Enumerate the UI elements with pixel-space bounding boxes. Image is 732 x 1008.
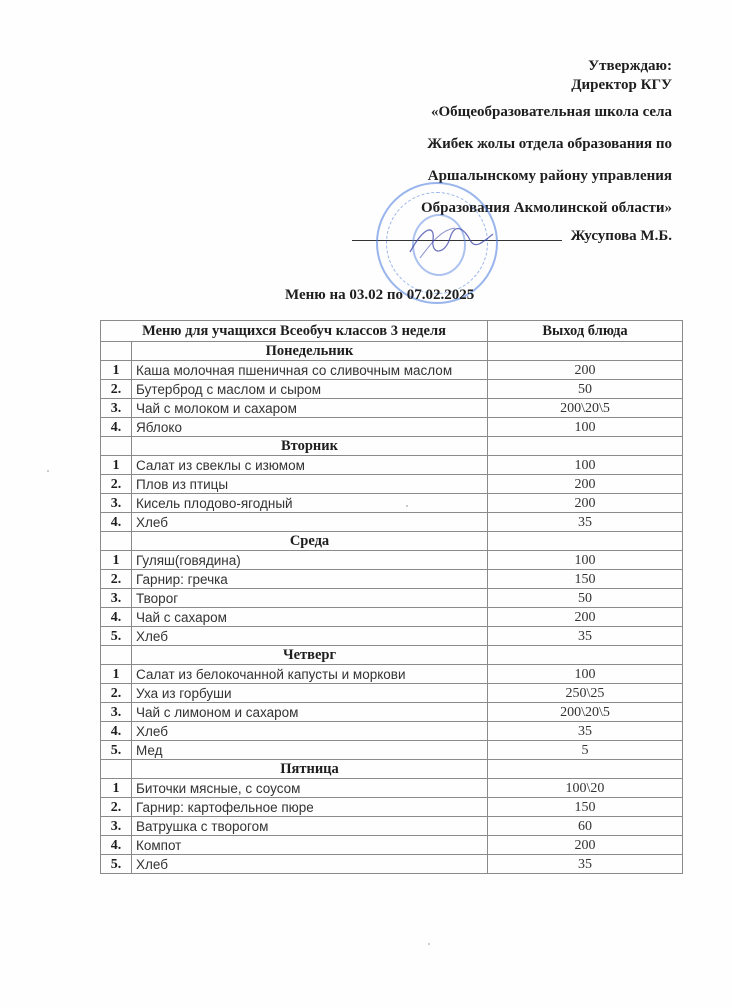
portion-value: 50 — [488, 380, 683, 399]
dish-name: Бутерброд с маслом и сыром — [132, 380, 488, 399]
approval-heading: Утверждаю: — [421, 58, 672, 75]
day-num-cell — [101, 342, 132, 361]
table-row: 5.Хлеб35 — [101, 855, 683, 874]
approval-org-line-2: Жибек жолы отдела образования по — [421, 136, 672, 153]
menu-title: Меню на 03.02 по 07.02.2025 — [285, 287, 474, 304]
table-row: 4.Хлеб35 — [101, 722, 683, 741]
portion-value: 100 — [488, 665, 683, 684]
dish-name: Творог — [132, 589, 488, 608]
dish-name: Гуляш(говядина) — [132, 551, 488, 570]
approval-block: Утверждаю: Директор КГУ «Общеобразовател… — [421, 58, 672, 245]
portion-value: 150 — [488, 798, 683, 817]
day-num-cell — [101, 532, 132, 551]
table-header-row: Меню для учащихся Всеобуч классов 3 неде… — [101, 321, 683, 342]
day-num-cell — [101, 646, 132, 665]
approval-org-line-1: «Общеобразовательная школа села — [421, 104, 672, 121]
table-row: 2.Гарнир: гречка150 — [101, 570, 683, 589]
table-row: 1Салат из свеклы с изюмом100 — [101, 456, 683, 475]
portion-value: 50 — [488, 589, 683, 608]
portion-value: 200 — [488, 361, 683, 380]
item-number: 2. — [101, 380, 132, 399]
item-number: 1 — [101, 361, 132, 380]
header-output: Выход блюда — [488, 321, 683, 342]
portion-value: 60 — [488, 817, 683, 836]
table-row: 4.Яблоко100 — [101, 418, 683, 437]
dish-name: Каша молочная пшеничная со сливочным мас… — [132, 361, 488, 380]
portion-value: 100 — [488, 418, 683, 437]
portion-value: 200\20\5 — [488, 703, 683, 722]
day-output-cell — [488, 760, 683, 779]
portion-value: 200 — [488, 475, 683, 494]
day-output-cell — [488, 532, 683, 551]
day-num-cell — [101, 760, 132, 779]
item-number: 5. — [101, 855, 132, 874]
portion-value: 100 — [488, 551, 683, 570]
portion-value: 250\25 — [488, 684, 683, 703]
table-row: 1Биточки мясные, с соусом100\20 — [101, 779, 683, 798]
portion-value: 200 — [488, 494, 683, 513]
table-row: 4.Чай с сахаром200 — [101, 608, 683, 627]
table-row: 3.Чай с лимоном и сахаром200\20\5 — [101, 703, 683, 722]
table-row: 3.Ватрушка с творогом60 — [101, 817, 683, 836]
day-num-cell — [101, 437, 132, 456]
item-number: 3. — [101, 817, 132, 836]
portion-value: 35 — [488, 855, 683, 874]
item-number: 5. — [101, 741, 132, 760]
portion-value: 100 — [488, 456, 683, 475]
day-header-row: Среда — [101, 532, 683, 551]
day-header-row: Понедельник — [101, 342, 683, 361]
item-number: 1 — [101, 779, 132, 798]
item-number: 2. — [101, 684, 132, 703]
item-number: 1 — [101, 456, 132, 475]
dish-name: Гарнир: гречка — [132, 570, 488, 589]
table-row: 3.Кисель плодово-ягодный200 — [101, 494, 683, 513]
table-row: 4.Компот200 — [101, 836, 683, 855]
day-name: Четверг — [132, 646, 488, 665]
dish-name: Компот — [132, 836, 488, 855]
item-number: 4. — [101, 418, 132, 437]
day-output-cell — [488, 646, 683, 665]
dish-name: Чай с молоком и сахаром — [132, 399, 488, 418]
day-name: Среда — [132, 532, 488, 551]
dish-name: Кисель плодово-ягодный — [132, 494, 488, 513]
portion-value: 35 — [488, 627, 683, 646]
table-row: 4.Хлеб35 — [101, 513, 683, 532]
approval-position: Директор КГУ — [421, 77, 672, 94]
table-row: 2.Уха из горбуши250\25 — [101, 684, 683, 703]
table-row: 5.Мед5 — [101, 741, 683, 760]
item-number: 4. — [101, 722, 132, 741]
day-name: Пятница — [132, 760, 488, 779]
dish-name: Хлеб — [132, 722, 488, 741]
table-row: 2.Гарнир: картофельное пюре150 — [101, 798, 683, 817]
dish-name: Салат из свеклы с изюмом — [132, 456, 488, 475]
item-number: 3. — [101, 589, 132, 608]
item-number: 5. — [101, 627, 132, 646]
day-name: Вторник — [132, 437, 488, 456]
item-number: 1 — [101, 551, 132, 570]
item-number: 2. — [101, 570, 132, 589]
day-name: Понедельник — [132, 342, 488, 361]
dish-name: Биточки мясные, с соусом — [132, 779, 488, 798]
day-output-cell — [488, 342, 683, 361]
day-output-cell — [488, 437, 683, 456]
item-number: 2. — [101, 798, 132, 817]
portion-value: 5 — [488, 741, 683, 760]
table-row: 2.Плов из птицы200 — [101, 475, 683, 494]
item-number: 1 — [101, 665, 132, 684]
portion-value: 35 — [488, 513, 683, 532]
dish-name: Плов из птицы — [132, 475, 488, 494]
dish-name: Хлеб — [132, 627, 488, 646]
item-number: 4. — [101, 513, 132, 532]
table-row: 3.Чай с молоком и сахаром200\20\5 — [101, 399, 683, 418]
header-menu: Меню для учащихся Всеобуч классов 3 неде… — [101, 321, 488, 342]
dish-name: Мед — [132, 741, 488, 760]
approval-org-line-3: Аршалынскому району управления — [421, 168, 672, 185]
dish-name: Гарнир: картофельное пюре — [132, 798, 488, 817]
approval-org-line-4: Образования Акмолинской области» — [421, 200, 672, 217]
dish-name: Салат из белокочанной капусты и моркови — [132, 665, 488, 684]
portion-value: 100\20 — [488, 779, 683, 798]
signature-line — [352, 240, 562, 241]
table-row: 1Гуляш(говядина)100 — [101, 551, 683, 570]
menu-table: Меню для учащихся Всеобуч классов 3 неде… — [100, 320, 683, 874]
item-number: 2. — [101, 475, 132, 494]
day-header-row: Пятница — [101, 760, 683, 779]
item-number: 3. — [101, 494, 132, 513]
scan-speck — [428, 943, 430, 945]
dish-name: Чай с сахаром — [132, 608, 488, 627]
menu-table-body: Понедельник1Каша молочная пшеничная со с… — [101, 342, 683, 874]
scan-speck — [406, 505, 408, 507]
portion-value: 200 — [488, 608, 683, 627]
signature-row: Жусупова М.Б. — [421, 228, 672, 245]
dish-name: Уха из горбуши — [132, 684, 488, 703]
table-row: 2.Бутерброд с маслом и сыром50 — [101, 380, 683, 399]
portion-value: 150 — [488, 570, 683, 589]
item-number: 4. — [101, 608, 132, 627]
dish-name: Хлеб — [132, 855, 488, 874]
item-number: 4. — [101, 836, 132, 855]
scan-speck — [47, 470, 49, 472]
table-row: 1Салат из белокочанной капусты и моркови… — [101, 665, 683, 684]
dish-name: Хлеб — [132, 513, 488, 532]
portion-value: 35 — [488, 722, 683, 741]
table-row: 3.Творог50 — [101, 589, 683, 608]
table-row: 5.Хлеб35 — [101, 627, 683, 646]
portion-value: 200 — [488, 836, 683, 855]
day-header-row: Вторник — [101, 437, 683, 456]
portion-value: 200\20\5 — [488, 399, 683, 418]
dish-name: Ватрушка с творогом — [132, 817, 488, 836]
dish-name: Яблоко — [132, 418, 488, 437]
item-number: 3. — [101, 703, 132, 722]
day-header-row: Четверг — [101, 646, 683, 665]
signatory-name: Жусупова М.Б. — [571, 228, 672, 244]
table-row: 1Каша молочная пшеничная со сливочным ма… — [101, 361, 683, 380]
dish-name: Чай с лимоном и сахаром — [132, 703, 488, 722]
item-number: 3. — [101, 399, 132, 418]
